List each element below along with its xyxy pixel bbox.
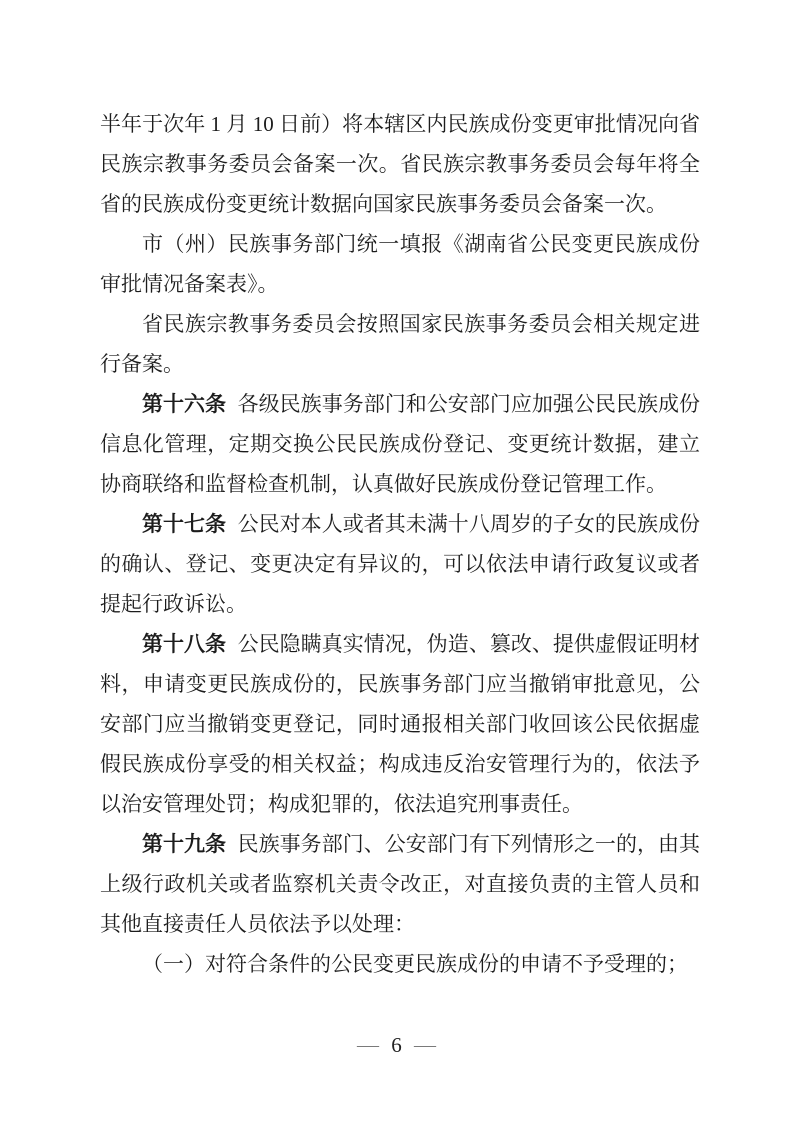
paragraph-record-procedure: 省民族宗教事务委员会按照国家民族事务委员会相关规定进行备案。 [100,304,700,384]
paragraph-text: 省民族宗教事务委员会按照国家民族事务委员会相关规定进行备案。 [100,312,700,376]
footer-left-dash: — [357,1032,379,1058]
page-footer: — 6 — [0,1032,793,1058]
article-18-number: 第十八条 [142,632,226,656]
paragraph-article-17: 第十七条公民对本人或者其未满十八周岁的子女的民族成份的确认、登记、变更决定有异议… [100,504,700,624]
paragraph-filing-form: 市（州）民族事务部门统一填报《湖南省公民变更民族成份审批情况备案表》。 [100,224,700,304]
paragraph-item-1: （一）对符合条件的公民变更民族成份的申请不予受理的； [100,944,700,984]
paragraph-text: （一）对符合条件的公民变更民族成份的申请不予受理的； [142,952,688,976]
paragraph-text: 半年于次年 1 月 10 日前）将本辖区内民族成份变更审批情况向省民族宗教事务委… [100,112,700,216]
paragraph-article-18: 第十八条公民隐瞒真实情况，伪造、篡改、提供虚假证明材料，申请变更民族成份的，民族… [100,624,700,824]
paragraph-article-16: 第十六条各级民族事务部门和公安部门应加强公民民族成份信息化管理，定期交换公民民族… [100,384,700,504]
article-17-number: 第十七条 [142,512,226,536]
paragraph-text: 公民隐瞒真实情况，伪造、篡改、提供虚假证明材料，申请变更民族成份的，民族事务部门… [100,632,700,816]
document-body: 半年于次年 1 月 10 日前）将本辖区内民族成份变更审批情况向省民族宗教事务委… [100,104,700,984]
paragraph-continuation: 半年于次年 1 月 10 日前）将本辖区内民族成份变更审批情况向省民族宗教事务委… [100,104,700,224]
document-page: 半年于次年 1 月 10 日前）将本辖区内民族成份变更审批情况向省民族宗教事务委… [0,0,793,1122]
page-number: 6 [391,1032,402,1058]
article-16-number: 第十六条 [142,392,226,416]
paragraph-text: 市（州）民族事务部门统一填报《湖南省公民变更民族成份审批情况备案表》。 [100,232,700,296]
article-19-number: 第十九条 [142,832,226,856]
footer-right-dash: — [414,1032,436,1058]
paragraph-article-19: 第十九条民族事务部门、公安部门有下列情形之一的，由其上级行政机关或者监察机关责令… [100,824,700,944]
